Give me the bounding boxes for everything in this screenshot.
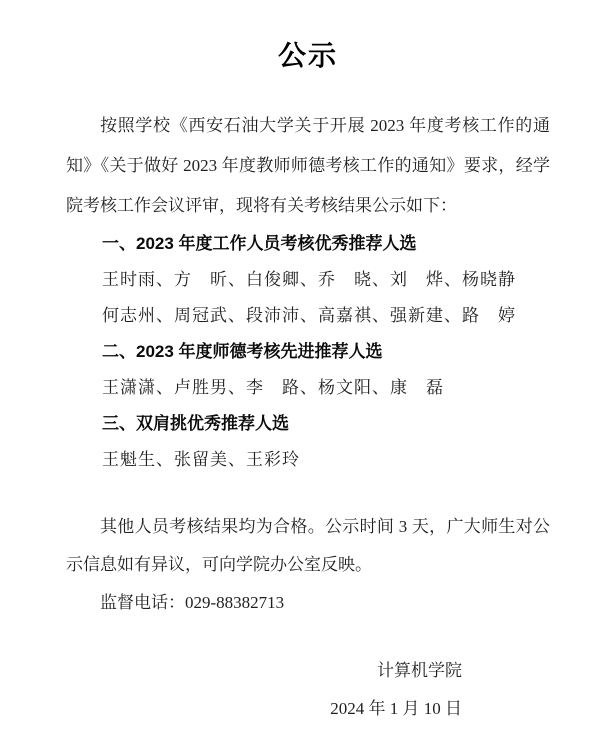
page-title: 公示 [66,40,550,72]
closing-paragraph: 其他人员考核结果均为合格。公示时间 3 天，广大师生对公示信息如有异议，可向学院… [66,508,550,584]
section-2-heading: 二、2023 年度师德考核先进推荐人选 [66,334,550,370]
signature-block: 计算机学院 2024 年 1 月 10 日 [66,652,550,728]
section-2-names-row-1: 王潇潇、卢胜男、李 路、杨文阳、康 磊 [66,370,550,406]
intro-paragraph: 按照学校《西安石油大学关于开展 2023 年度考核工作的通知》《关于做好 202… [66,106,550,226]
section-excellent-staff: 一、2023 年度工作人员考核优秀推荐人选 王时雨、方 昕、白俊卿、乔 晓、刘 … [66,226,550,334]
section-3-heading: 三、双肩挑优秀推荐人选 [66,406,550,442]
section-1-heading: 一、2023 年度工作人员考核优秀推荐人选 [66,226,550,262]
section-dual-role: 三、双肩挑优秀推荐人选 王魁生、张留美、王彩玲 [66,406,550,478]
section-3-names-row-1: 王魁生、张留美、王彩玲 [66,442,550,478]
section-1-names-row-2: 何志州、周冠武、段沛沛、高嘉祺、强新建、路 婷 [66,298,550,334]
section-teacher-ethics: 二、2023 年度师德考核先进推荐人选 王潇潇、卢胜男、李 路、杨文阳、康 磊 [66,334,550,406]
signature-unit: 计算机学院 [66,652,462,690]
section-1-names-row-1: 王时雨、方 昕、白俊卿、乔 晓、刘 烨、杨晓静 [66,262,550,298]
supervision-phone-line: 监督电话：029-88382713 [66,584,550,622]
signature-date: 2024 年 1 月 10 日 [66,690,462,728]
announcement-page: 公示 按照学校《西安石油大学关于开展 2023 年度考核工作的通知》《关于做好 … [0,0,614,756]
